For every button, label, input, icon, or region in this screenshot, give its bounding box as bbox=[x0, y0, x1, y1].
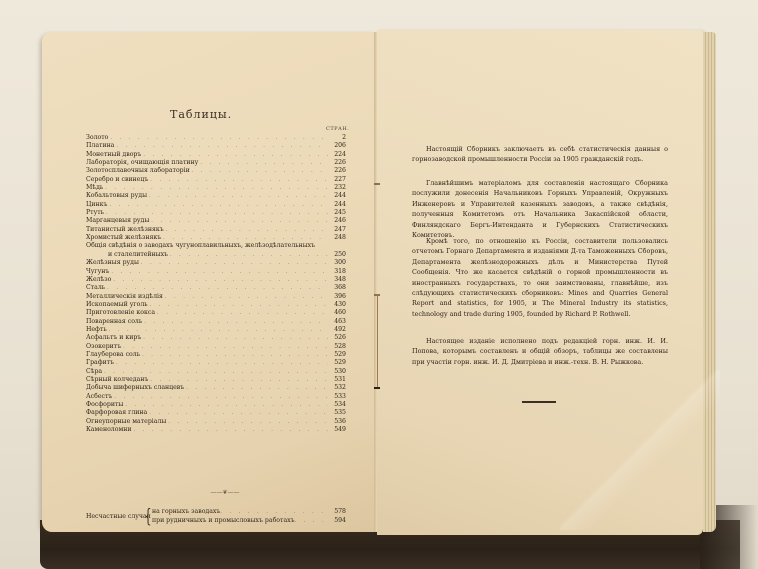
toc-label: Асбестъ bbox=[86, 393, 114, 401]
toc-label: Серебро и свинецъ bbox=[86, 176, 150, 184]
toc-page-number: 533 bbox=[328, 393, 346, 401]
toc-label: Золотосплавочныя лабораторіи bbox=[86, 167, 192, 175]
toc-label: Золото bbox=[86, 134, 110, 142]
toc-page-number: 396 bbox=[328, 293, 346, 301]
accidents-row-label: на горныхъ заводахъ bbox=[152, 508, 220, 515]
leader-dots: . . . . . . . . . . . . . . . . . . . . … bbox=[170, 251, 328, 259]
toc-page-number: 248 bbox=[328, 234, 346, 242]
leader-dots: . . . . . . . . . . . . . . . . . . . . … bbox=[134, 426, 328, 434]
binding-thread bbox=[377, 294, 378, 387]
leader-dots: . . . . . . . . . . . . . . . . . . . . … bbox=[123, 343, 328, 351]
toc-row: Ртуть. . . . . . . . . . . . . . . . . .… bbox=[86, 209, 346, 217]
leader-dots: . . . . . . . . . . . . . . . . . . . . … bbox=[125, 401, 328, 409]
leader-dots: . . . . . . . . . . . . . . . . . . . . … bbox=[151, 217, 328, 225]
toc-page-number: 2 bbox=[328, 134, 346, 142]
toc-label: Добыча шиферныхъ сланцевъ bbox=[86, 384, 186, 392]
leader-dots: . . . . . . . . . . . . . . . . . . . . … bbox=[141, 259, 328, 267]
toc-page-number: 232 bbox=[328, 184, 346, 192]
toc-row: Хромистый желѣзнякъ. . . . . . . . . . .… bbox=[86, 234, 346, 242]
toc-label: Озокеритъ bbox=[86, 343, 123, 351]
leader-dots: . . . . . . . . . . . . . . . . . . . . bbox=[295, 518, 328, 524]
leader-dots: . . . . . . . . . . . . . . . . . . . . … bbox=[200, 159, 328, 167]
accidents-row: при рудничныхъ и промысловыхъ работахъ .… bbox=[152, 517, 346, 524]
toc-page-number: 245 bbox=[328, 209, 346, 217]
toc-label: Хромистый желѣзнякъ bbox=[86, 234, 163, 242]
toc-label: Приготовленіе кокса bbox=[86, 309, 157, 317]
toc-label: Монетный дворъ bbox=[86, 151, 143, 159]
toc-row: Цинкъ. . . . . . . . . . . . . . . . . .… bbox=[86, 201, 346, 209]
toc-page-number: 492 bbox=[328, 326, 346, 334]
toc-label: Общія свѣдѣнія о заводахъ чугуноплавильн… bbox=[86, 242, 317, 250]
toc-label: и сталелитейныхъ bbox=[86, 251, 170, 259]
leader-dots: . . . . . . . . . . . . . . . . . . . . … bbox=[109, 201, 328, 209]
toc-label: Металлическія издѣлія bbox=[86, 293, 165, 301]
leader-dots: . . . . . . . . . . . . . . . . . . . . … bbox=[149, 192, 328, 200]
leader-dots: . . . . . . . . . . . . . . . . . . . . … bbox=[116, 142, 328, 150]
toc-row: Металлическія издѣлія. . . . . . . . . .… bbox=[86, 293, 346, 301]
leader-dots: . . . . . . . . . . . . . . . . . . . . … bbox=[186, 384, 328, 392]
toc-row: Сталь. . . . . . . . . . . . . . . . . .… bbox=[86, 284, 346, 292]
leader-dots: . . . . . . . . . . . . . . . . . . . . … bbox=[110, 134, 328, 142]
toc-page-number: 530 bbox=[328, 368, 346, 376]
toc-label: Титанистый желѣзнякъ bbox=[86, 226, 166, 234]
toc-label: Фарфоровая глина bbox=[86, 409, 149, 417]
section-rule bbox=[522, 401, 556, 403]
binding-stitch bbox=[374, 387, 380, 389]
toc-row: Нефть. . . . . . . . . . . . . . . . . .… bbox=[86, 326, 346, 334]
toc-label: Глауберова соль bbox=[86, 351, 142, 359]
toc-page-number: 348 bbox=[328, 276, 346, 284]
toc-label: Платина bbox=[86, 142, 116, 150]
leader-dots: . . . . . . . . . . . . . . . . . . . . … bbox=[150, 376, 328, 384]
toc-page-number: 368 bbox=[328, 284, 346, 292]
leader-dots: . . . . . . . . . . . . . . . . . . . . … bbox=[109, 326, 328, 334]
leader-dots: . . . . . . . . . . . . . . . . . . . . … bbox=[111, 268, 328, 276]
toc-label: Фосфориты bbox=[86, 401, 125, 409]
toc-row: Озокеритъ. . . . . . . . . . . . . . . .… bbox=[86, 343, 346, 351]
toc-row: Марганцевыя руды. . . . . . . . . . . . … bbox=[86, 217, 346, 225]
leader-dots: . . . . . . . . . . . . . . . . . . . . … bbox=[150, 301, 328, 309]
leader-dots: . . . . . . . . . . . . . . . . . . . . … bbox=[163, 234, 328, 242]
toc-page-number: 526 bbox=[328, 334, 346, 342]
toc-page-number: 226 bbox=[328, 167, 346, 175]
leader-dots: . . . . . . . . . . . . . . . . . . . . … bbox=[116, 359, 328, 367]
toc-row: Ископаемый уголь. . . . . . . . . . . . … bbox=[86, 301, 346, 309]
binding-stitch bbox=[374, 183, 380, 185]
toc-page-number: 536 bbox=[328, 418, 346, 426]
toc-label: Желѣзо bbox=[86, 276, 113, 284]
toc-page-number: 460 bbox=[328, 309, 346, 317]
toc-page-number: 300 bbox=[328, 259, 346, 267]
toc-row: Общія свѣдѣнія о заводахъ чугуноплавильн… bbox=[86, 242, 346, 250]
toc-page-number: 247 bbox=[328, 226, 346, 234]
toc-page-number: 206 bbox=[328, 142, 346, 150]
toc-row: Монетный дворъ. . . . . . . . . . . . . … bbox=[86, 151, 346, 159]
toc-row: Графитъ. . . . . . . . . . . . . . . . .… bbox=[86, 359, 346, 367]
toc-label: Огнеупорные матеріалы bbox=[86, 418, 168, 426]
toc-row: Титанистый желѣзнякъ. . . . . . . . . . … bbox=[86, 226, 346, 234]
toc-label: Лабораторія, очищающія платину bbox=[86, 159, 200, 167]
toc-row: Золотосплавочныя лабораторіи. . . . . . … bbox=[86, 167, 346, 175]
toc-page-number: 532 bbox=[328, 384, 346, 392]
sources-text: Главнѣйшимъ матеріаломъ для составленія … bbox=[412, 178, 668, 240]
accidents-row: на горныхъ заводахъ . . . . . . . . . . … bbox=[152, 508, 346, 515]
toc-page-number: 244 bbox=[328, 192, 346, 200]
toc-label: Цинкъ bbox=[86, 201, 109, 209]
toc-row: Огнеупорные матеріалы. . . . . . . . . .… bbox=[86, 418, 346, 426]
toc-label: Поваренная соль bbox=[86, 318, 144, 326]
toc-row: Золото. . . . . . . . . . . . . . . . . … bbox=[86, 134, 346, 142]
leader-dots: . . . . . . . . . . . . . . . . . . . . … bbox=[166, 226, 328, 234]
toc-page-number: 531 bbox=[328, 376, 346, 384]
toc-row: Фарфоровая глина. . . . . . . . . . . . … bbox=[86, 409, 346, 417]
leader-dots: . . . . . . . . . . . . . . . . . . . . … bbox=[150, 176, 328, 184]
toc-row: Сѣра. . . . . . . . . . . . . . . . . . … bbox=[86, 368, 346, 376]
toc-label: Нефть bbox=[86, 326, 109, 334]
toc-page-number: 529 bbox=[328, 359, 346, 367]
leader-dots: . . . . . . . . . . . . . . . . . . . . … bbox=[106, 209, 328, 217]
toc-page-number: 227 bbox=[328, 176, 346, 184]
leader-dots: . . . . . . . . . . . . . . . . . . . . … bbox=[192, 167, 328, 175]
intro-text: Настоящій Сборникъ заключаетъ въ себѣ ст… bbox=[412, 144, 668, 165]
toc-page-number: 226 bbox=[328, 159, 346, 167]
toc-page-number: 246 bbox=[328, 217, 346, 225]
book-spine bbox=[374, 32, 377, 532]
toc-label: Марганцевыя руды bbox=[86, 217, 151, 225]
table-of-contents: Золото. . . . . . . . . . . . . . . . . … bbox=[86, 134, 346, 434]
toc-page-number: 318 bbox=[328, 268, 346, 276]
leader-dots: . . . . . . . . . . . . . . . . . . . . … bbox=[168, 418, 328, 426]
toc-label: Асфальтъ и киръ bbox=[86, 334, 143, 342]
toc-label: Ртуть bbox=[86, 209, 106, 217]
toc-row: Кобальтовыя руды. . . . . . . . . . . . … bbox=[86, 192, 346, 200]
accidents-entry: Несчастные случаи { на горныхъ заводахъ … bbox=[86, 508, 346, 526]
page-column-header: СТРАН. bbox=[326, 126, 349, 132]
accidents-row-label: при рудничныхъ и промысловыхъ работахъ bbox=[152, 517, 295, 524]
leader-dots: . . . . . . . . . . . . . . . . . . . . … bbox=[165, 293, 328, 301]
toc-row: Чугунъ. . . . . . . . . . . . . . . . . … bbox=[86, 268, 346, 276]
toc-label: Желѣзныя руды bbox=[86, 259, 141, 267]
toc-row: и сталелитейныхъ. . . . . . . . . . . . … bbox=[86, 251, 346, 259]
toc-row: Асфальтъ и киръ. . . . . . . . . . . . .… bbox=[86, 334, 346, 342]
foreign-sources-text: Кромѣ того, по отношенію къ Россіи, сост… bbox=[412, 236, 668, 319]
toc-page-number: 529 bbox=[328, 351, 346, 359]
leader-dots: . . . . . . . . . . . . . . . . . . . . … bbox=[157, 309, 328, 317]
toc-row: Глауберова соль. . . . . . . . . . . . .… bbox=[86, 351, 346, 359]
toc-row: Желѣзныя руды. . . . . . . . . . . . . .… bbox=[86, 259, 346, 267]
brace-glyph: { bbox=[144, 507, 151, 525]
leader-dots: . . . . . . . . . . . . . . . . . . . . … bbox=[105, 184, 328, 192]
toc-row: Асбестъ. . . . . . . . . . . . . . . . .… bbox=[86, 393, 346, 401]
toc-page-number: 430 bbox=[328, 301, 346, 309]
toc-label: Кобальтовыя руды bbox=[86, 192, 149, 200]
toc-label: Мѣдь bbox=[86, 184, 105, 192]
toc-page-number: 535 bbox=[328, 409, 346, 417]
toc-row: Приготовленіе кокса. . . . . . . . . . .… bbox=[86, 309, 346, 317]
paragraph: Настоящій Сборникъ заключаетъ въ себѣ ст… bbox=[412, 144, 668, 165]
leader-dots: . . . . . . . . . . . . . . . . . . . . … bbox=[113, 276, 328, 284]
leader-dots: . . . . . . . . . . . . . . . . . . . . … bbox=[143, 334, 328, 342]
toc-row: Лабораторія, очищающія платину. . . . . … bbox=[86, 159, 346, 167]
accidents-row-page: 578 bbox=[328, 508, 346, 515]
toc-label: Каменоломни bbox=[86, 426, 134, 434]
accidents-row-page: 594 bbox=[328, 517, 346, 524]
toc-page-number: 534 bbox=[328, 401, 346, 409]
leader-dots: . . . . . . . . . . . . . . . . . . . . … bbox=[144, 318, 328, 326]
toc-label: Сѣрный колчеданъ bbox=[86, 376, 150, 384]
editors-text: Настоящее изданіе исполнено подъ редакці… bbox=[412, 336, 668, 367]
leader-dots: . . . . . . . . . . . . . . . . . . . . … bbox=[142, 351, 328, 359]
toc-label: Графитъ bbox=[86, 359, 116, 367]
paragraph: Главнѣйшимъ матеріаломъ для составленія … bbox=[412, 178, 668, 240]
toc-label: Ископаемый уголь bbox=[86, 301, 150, 309]
toc-page-number: 250 bbox=[328, 251, 346, 259]
toc-row: Добыча шиферныхъ сланцевъ. . . . . . . .… bbox=[86, 384, 346, 392]
toc-row: Желѣзо. . . . . . . . . . . . . . . . . … bbox=[86, 276, 346, 284]
toc-title: Таблицы. bbox=[170, 108, 232, 121]
toc-page-number: 224 bbox=[328, 151, 346, 159]
page-crease bbox=[560, 370, 720, 530]
toc-row: Поваренная соль. . . . . . . . . . . . .… bbox=[86, 318, 346, 326]
accidents-label: Несчастные случаи bbox=[86, 513, 151, 520]
leader-dots: . . . . . . . . . . . . . . . . . . . . … bbox=[107, 284, 328, 292]
paragraph: Кромѣ того, по отношенію къ Россіи, сост… bbox=[412, 236, 668, 319]
leader-dots: . . . . . . . . . . . . . . . . . . . . … bbox=[143, 151, 328, 159]
toc-row: Платина. . . . . . . . . . . . . . . . .… bbox=[86, 142, 346, 150]
toc-row: Сѣрный колчеданъ. . . . . . . . . . . . … bbox=[86, 376, 346, 384]
toc-row: Каменоломни. . . . . . . . . . . . . . .… bbox=[86, 426, 346, 434]
toc-row: Мѣдь. . . . . . . . . . . . . . . . . . … bbox=[86, 184, 346, 192]
leader-dots: . . . . . . . . . . . . . . . . . . . . … bbox=[104, 368, 328, 376]
toc-page-number: 463 bbox=[328, 318, 346, 326]
leader-dots: . . . . . . . . . . . . . . . . . . . . … bbox=[114, 393, 328, 401]
toc-row: Фосфориты. . . . . . . . . . . . . . . .… bbox=[86, 401, 346, 409]
toc-page-number: 244 bbox=[328, 201, 346, 209]
toc-label: Чугунъ bbox=[86, 268, 111, 276]
toc-row: Серебро и свинецъ. . . . . . . . . . . .… bbox=[86, 176, 346, 184]
paragraph: Настоящее изданіе исполнено подъ редакці… bbox=[412, 336, 668, 367]
ornament-divider: ——❦—— bbox=[195, 490, 255, 496]
leader-dots: . . . . . . . . . . . . . . . . . . . . … bbox=[149, 409, 328, 417]
leader-dots: . . . . . . . . . . . . . . . . . . . . bbox=[220, 509, 328, 515]
toc-page-number: 549 bbox=[328, 426, 346, 434]
toc-page-number: 528 bbox=[328, 343, 346, 351]
toc-label: Сталь bbox=[86, 284, 107, 292]
toc-label: Сѣра bbox=[86, 368, 104, 376]
